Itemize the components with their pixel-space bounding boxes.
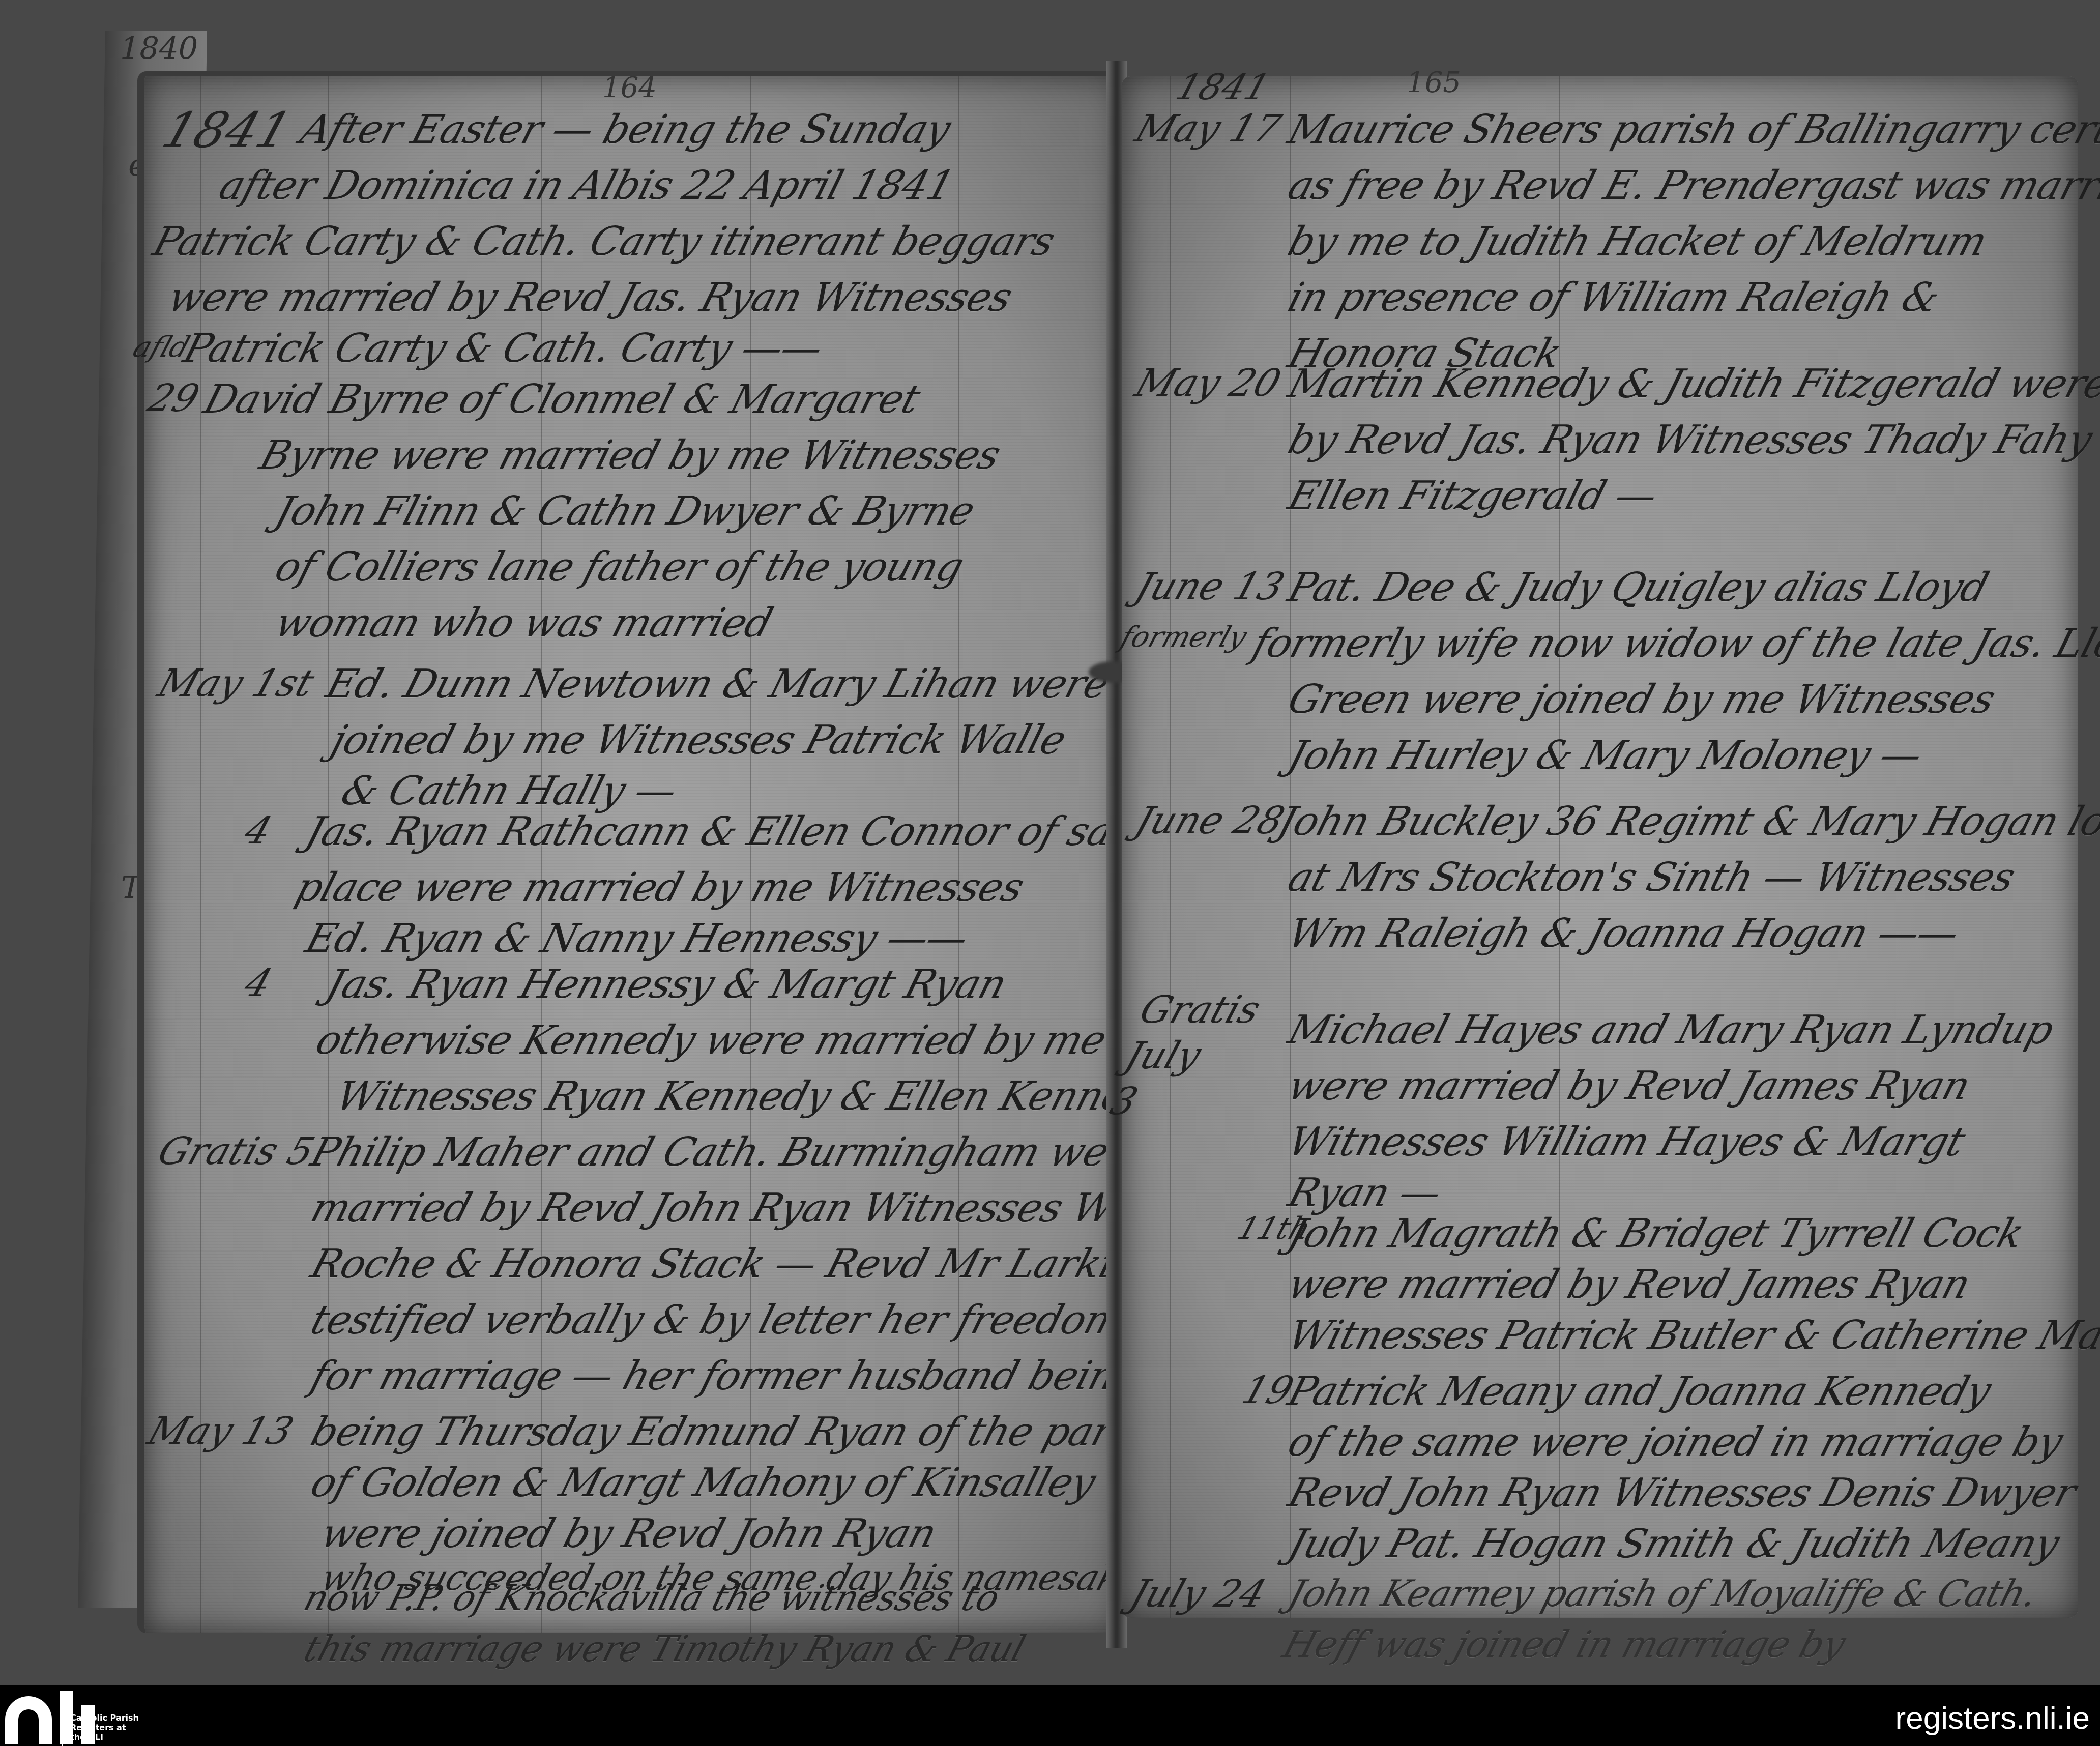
entry-line: Philip Maher and Cath. Burmingham were [306,1129,1155,1175]
entry-line: as free by Revd E. Prendergast was marri… [1283,163,2100,209]
entry-line: married by Revd John Ryan Witnesses Will… [306,1185,1229,1231]
entry-line: Pat. Dee & Judy Quigley alias Lloyd [1283,565,1993,610]
entry-line: Heff was joined in marriage by [1278,1623,1850,1666]
entry-line: otherwise Kennedy were married by me [311,1017,1111,1063]
entry-date: June 28 [1130,799,1290,842]
entry-date: May 17 [1130,107,1286,151]
entry-line: of the same were joined in marriage by [1283,1419,2067,1465]
entry-line: formerly wife now widow of the late Jas.… [1247,621,2100,666]
entry-line: Jas. Ryan Hennessy & Margt Ryan [321,962,1011,1007]
entry-line: who succeeded on the same day his namesa… [316,1557,1146,1598]
entry-line: this marriage were Timothy Ryan & Paul [299,1628,1030,1670]
brand-line: the NLI [70,1732,139,1742]
entry-line: Witnesses Patrick Butler & Catherine Mah… [1283,1313,2100,1358]
entry-line: place were married by me Witnesses [290,865,1029,911]
entry-line: in presence of William Raleigh & [1283,275,1944,321]
entry-line: & Cathn Hally — [336,768,682,814]
entry-line: John Buckley 36 Regimt & Mary Hogan lodg… [1273,799,2100,845]
logo-divider [62,1696,63,1746]
entry-line: after Dominica in Albis 22 April 1841 [214,163,959,209]
entry-date: 4 [239,809,277,853]
entry-line: joined by me Witnesses Patrick Walle [326,717,1071,763]
entry-line: Ed. Ryan & Nanny Hennessy —— [301,916,973,962]
entry-line: by me to Judith Hacket of Meldrum [1283,219,1992,265]
entry-date: 29 [142,376,205,420]
entry-date: June 13 [1130,565,1290,608]
entry-line: testified verbally & by letter her freed… [306,1297,1129,1343]
entry-line: were married by Revd James Ryan [1283,1262,1975,1307]
entry-line: were married by Revd Jas. Ryan Witnesses [163,275,1017,321]
brand-line: Catholic Parish [70,1713,139,1723]
year-heading: 1841 [1171,66,1275,108]
brand-line: Registers at [70,1723,139,1732]
entry-line: were married by Revd James Ryan [1283,1063,1975,1109]
entry-line: by Revd Jas. Ryan Witnesses Thady Fahy & [1283,417,2100,463]
left-page: 164 1841 After Easter — being the Sunday… [137,71,1121,1633]
entry-line: Patrick Carty & Cath. Carty —— [179,326,828,371]
margin-note: formerly [1116,621,1251,654]
entry-line: of Colliers lane father of the young [270,544,969,590]
entry-line: Ed. Dunn Newtown & Mary Lihan were [321,661,1114,707]
brand-text: Catholic Parish Registers at the NLI [70,1713,139,1742]
entry-date: May 20 [1130,361,1286,405]
entry-line: Martin Kennedy & Judith Fitzgerald were … [1283,361,2100,407]
entry-date: Gratis 5 [153,1129,320,1173]
entry-line: Byrne were married by me Witnesses [255,432,1005,478]
entry-line: at Mrs Stockton's Sinth — Witnesses [1283,855,2020,900]
entry-date: 4 [239,962,277,1005]
entry-date: May 13 [142,1409,299,1453]
footer-bar: Catholic Parish Registers at the NLI reg… [0,1685,2100,1746]
entry-line: Roche & Honora Stack — Revd Mr Larkin [306,1241,1144,1287]
entry-line: were joined by Revd John Ryan [316,1511,941,1557]
under-page-mark: 1840 [120,31,198,66]
entry-line: Patrick Carty & Cath. Carty itinerant be… [148,219,1060,265]
entry-line: Revd John Ryan Witnesses Denis Dwyer [1283,1470,2081,1516]
entry-line: Maurice Sheers parish of Ballingarry cer… [1283,107,2100,153]
entry-date: May 1st [153,661,319,705]
entry-line: John Magrath & Bridget Tyrrell Cock [1283,1211,2029,1257]
entry-line: Witnesses William Hayes & Margt [1283,1119,1970,1165]
year-heading: 1841 [156,102,299,159]
entry-line: Patrick Meany and Joanna Kennedy [1283,1369,1996,1414]
entry-line: Green were joined by me Witnesses [1283,677,2000,722]
entry-line: John Hurley & Mary Moloney — [1283,733,1927,778]
page-number: 164 [602,71,657,104]
entry-line: David Byrne of Clonmel & Margaret [199,376,925,422]
entry-line: Ellen Fitzgerald — [1283,473,1662,519]
entry-line: of Golden & Margt Mahony of Kinsalley [306,1460,1100,1506]
entry-line: Jas. Ryan Rathcann & Ellen Connor of sai… [301,809,1155,855]
entry-line: Judy Pat. Hogan Smith & Judith Meany [1283,1521,2064,1567]
entry-line: being Thursday Edmund Ryan of the parish [306,1409,1175,1455]
entry-line: Ryan — [1283,1170,1446,1216]
right-page: 1841 165 May 17 Maurice Sheers parish of… [1122,76,2078,1618]
entry-line: John Flinn & Cathn Dwyer & Byrne [270,488,979,534]
entry-date: Gratis July 3 [1104,987,1241,1124]
page-number: 165 [1407,66,1461,99]
entry-line: After Easter — being the Sunday [296,107,955,153]
entry-line: Witnesses Ryan Kennedy & Ellen Kennedy — [331,1073,1230,1119]
entry-line: Michael Hayes and Mary Ryan Lyndup [1283,1007,2058,1053]
entry-line: Wm Raleigh & Joanna Hogan —— [1283,911,1964,956]
entry-line: woman who was married [270,600,777,646]
image-viewer: 1840 e Ta 164 1841 After Easter — being … [0,0,2100,1684]
site-url-link[interactable]: registers.nli.ie [1895,1700,2090,1736]
